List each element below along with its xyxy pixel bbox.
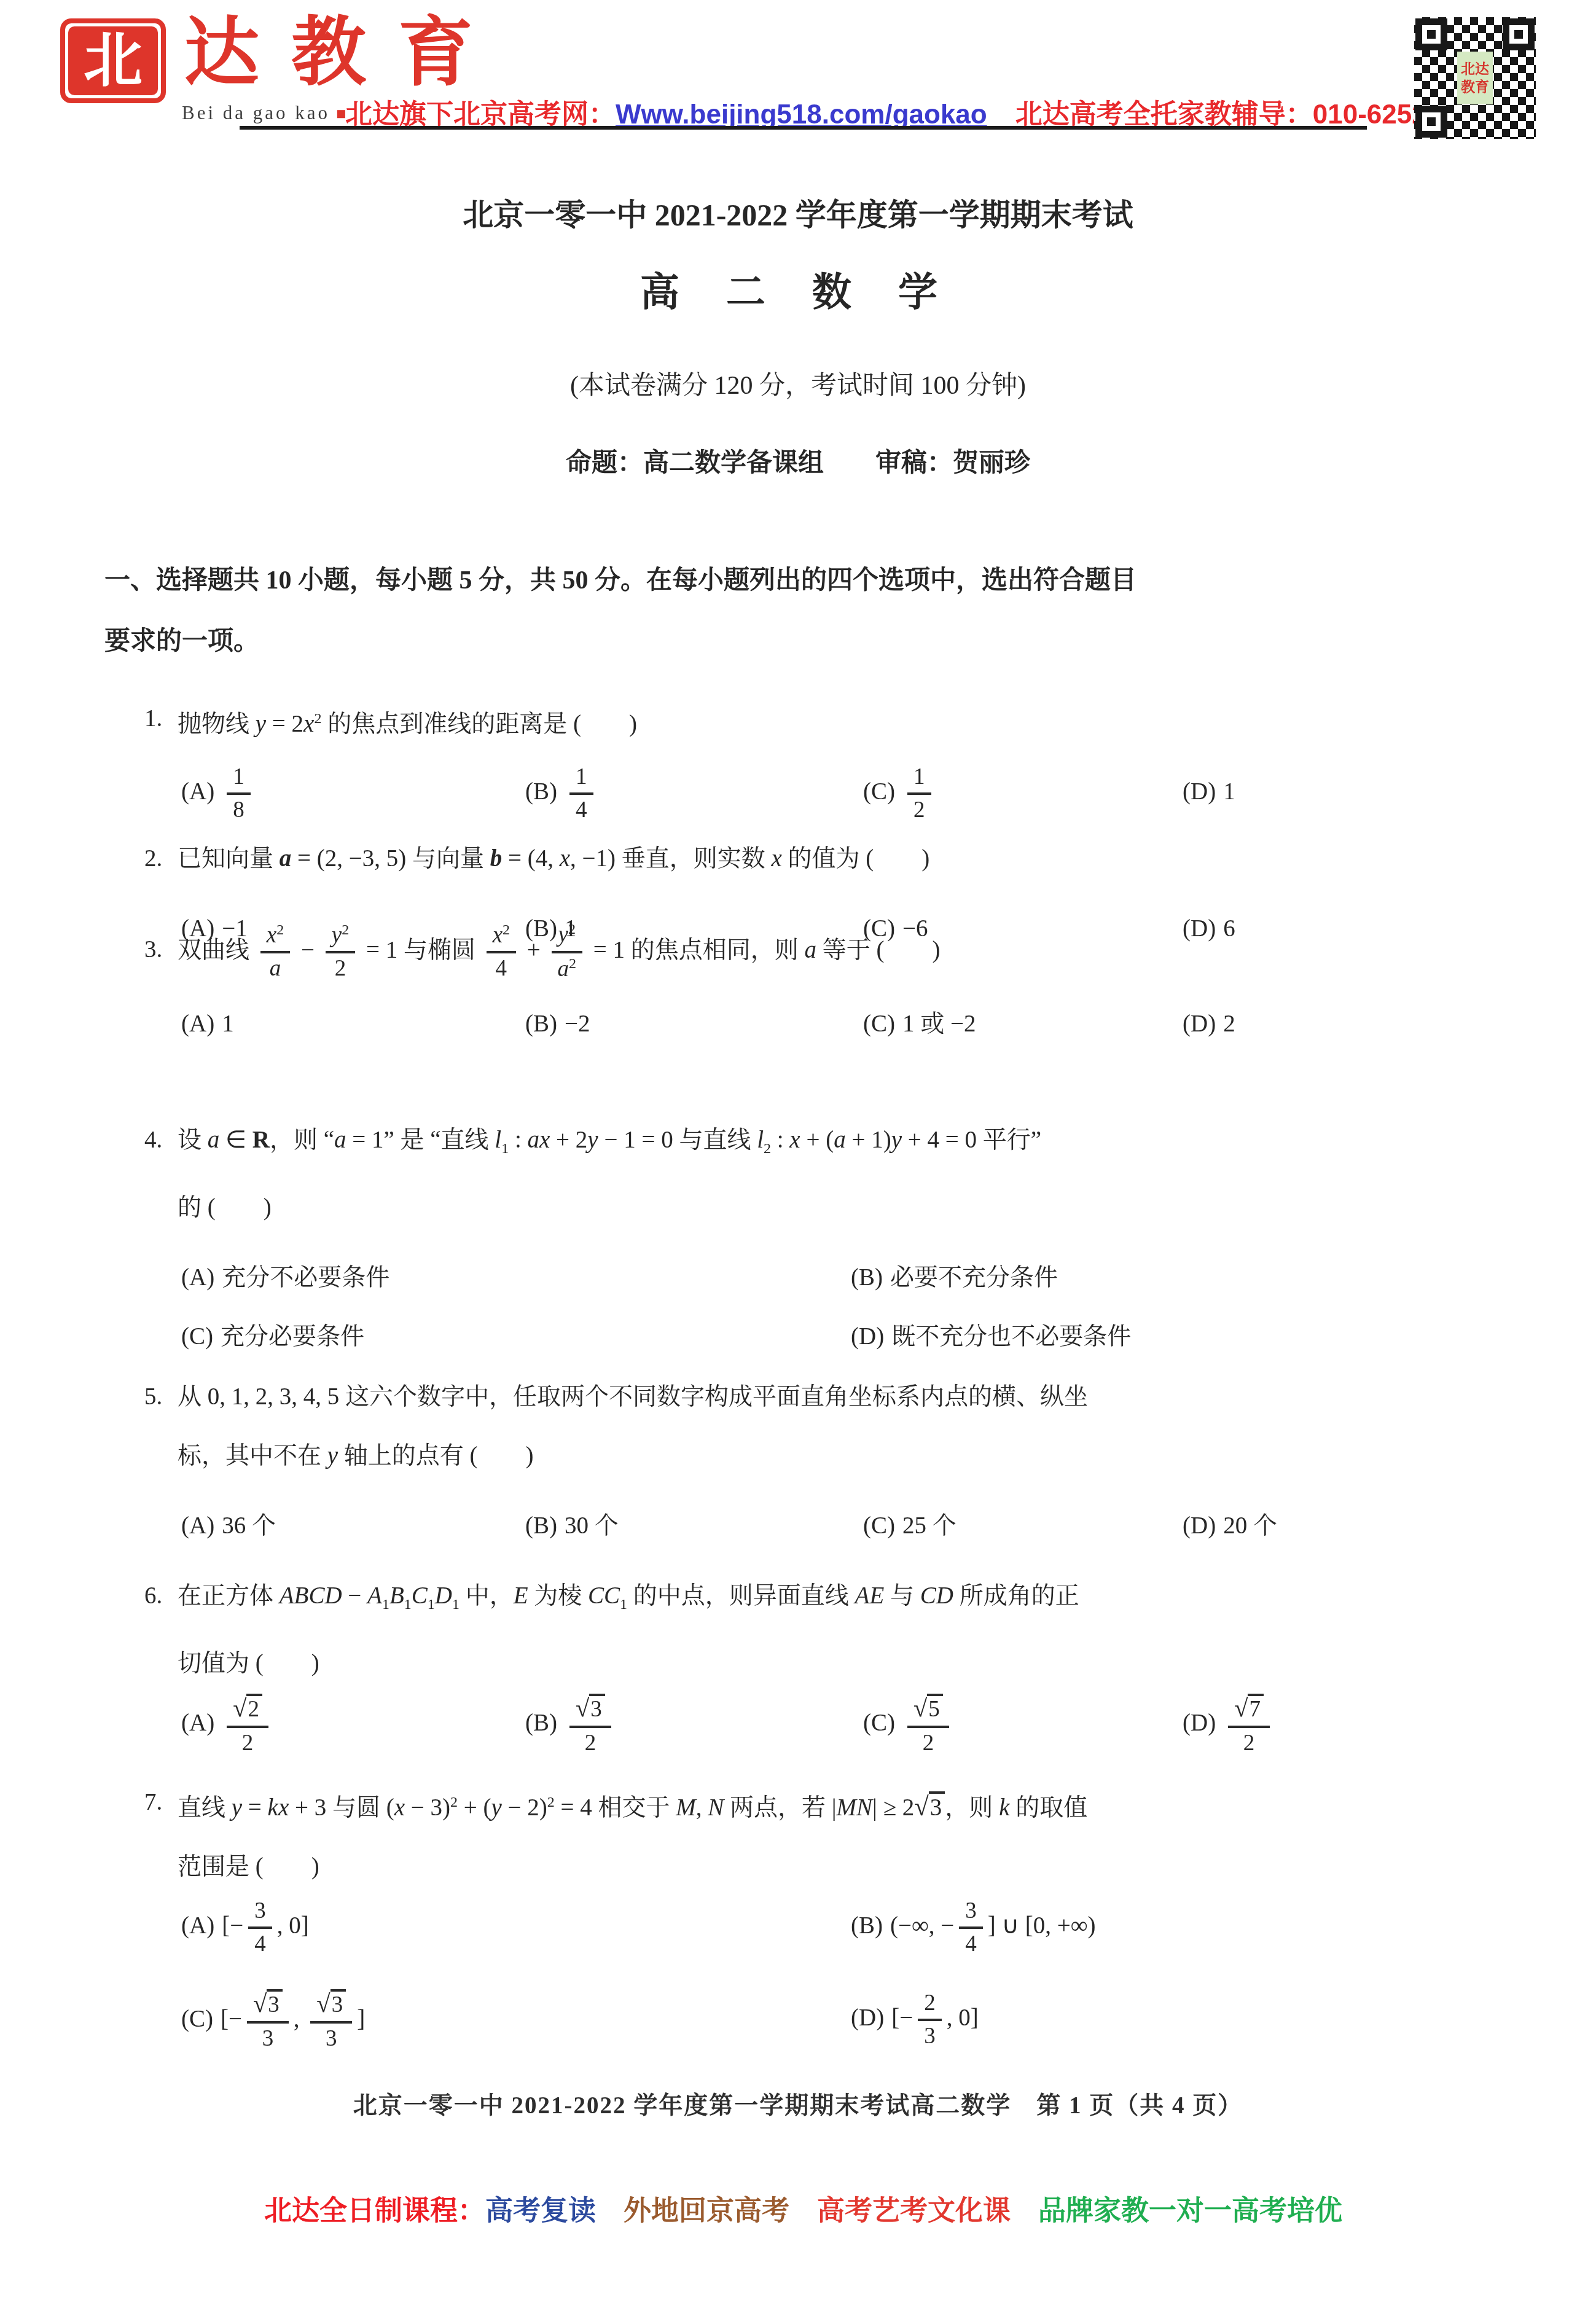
option-c: (C)25 个	[863, 1496, 956, 1555]
exam-page: 北 达教育 Bei da gao kao■ 北达旗下北京高考网：Www.beij…	[0, 0, 1596, 2300]
question-stem: 直线 y = kx + 3 与圆 (x − 3)2 + (y − 2)2 = 4…	[144, 1773, 1570, 1896]
qr-center-text-1: 北达	[1461, 60, 1489, 78]
option-d: (D)√72	[1183, 1693, 1275, 1758]
option-b: (B)必要不充分条件	[851, 1248, 1058, 1307]
option-a: (A)√22	[181, 1693, 273, 1758]
option-d: (D)1	[1183, 762, 1235, 821]
option-c: (C)12	[863, 762, 936, 824]
exam-info: (本试卷满分 120 分，考试时间 100 分钟)	[0, 365, 1596, 402]
question-1: 1. 抛物线 y = 2x2 的焦点到准线的距离是 ( ) (A)18 (B)1…	[144, 689, 1570, 826]
site-link[interactable]: Www.beijing518.com/gaokao	[616, 100, 987, 130]
options-row-2: (C)[−√33, √33] (D)[−23, 0]	[144, 1989, 1570, 2081]
options-row-2: (C)充分必要条件 (D)既不充分也不必要条件	[144, 1307, 1570, 1366]
qr-finder-top-right	[1503, 18, 1535, 50]
header-divider	[240, 126, 1367, 130]
option-c: (C)[−√33, √33]	[181, 1989, 365, 2053]
question-number: 6.	[144, 1567, 162, 1625]
option-a: (A)[−34, 0]	[181, 1896, 309, 1958]
option-d: (D)既不充分也不必要条件	[851, 1307, 1131, 1366]
option-c: (C)1 或 −2	[863, 995, 976, 1054]
question-stem: 设 a ∈ R，则 “a = 1” 是 “直线 l1 : ax + 2y − 1…	[144, 1111, 1570, 1237]
question-3: 3. 双曲线 x2a − y22 = 1 与椭圆 x24 + y2a2 = 1 …	[144, 920, 1570, 1054]
qr-center-logo: 北达 教育	[1457, 52, 1493, 104]
option-c: (C)√52	[863, 1693, 954, 1758]
exam-authors: 命题：高二数学备课组 审稿：贺丽珍	[0, 442, 1596, 479]
section-heading: 一、选择题共 10 小题，每小题 5 分，共 50 分。在每小题列出的四个选项中…	[104, 550, 1136, 672]
logo-seal: 北	[60, 18, 166, 103]
options-row: (A)√22 (B)√32 (C)√52 (D)√72	[144, 1693, 1570, 1785]
question-stem: 在正方体 ABCD − A1B1C1D1 中，E 为棱 CC1 的中点，则异面直…	[144, 1567, 1570, 1693]
question-stem: 双曲线 x2a − y22 = 1 与椭圆 x24 + y2a2 = 1 的焦点…	[144, 920, 1570, 984]
question-stem: 抛物线 y = 2x2 的焦点到准线的距离是 ( )	[144, 689, 1570, 754]
option-d: (D)20 个	[1183, 1496, 1277, 1555]
options-row: (A)36 个 (B)30 个 (C)25 个 (D)20 个	[144, 1496, 1570, 1555]
question-7: 7. 直线 y = kx + 3 与圆 (x − 3)2 + (y − 2)2 …	[144, 1773, 1570, 2081]
page-footer: 北京一零一中 2021-2022 学年度第一学期期末考试高二数学 第 1 页（共…	[0, 2086, 1596, 2121]
question-5: 5. 从 0, 1, 2, 3, 4, 5 这六个数字中，任取两个不同数字构成平…	[144, 1367, 1570, 1555]
options-row-1: (A)[−34, 0] (B)(−∞, −34] ∪ [0, +∞)	[144, 1896, 1570, 1989]
question-number: 2.	[144, 829, 162, 888]
subject-title: 高 二 数 学	[0, 260, 1596, 317]
site-label: 北达旗下北京高考网：	[345, 100, 616, 130]
options-row-1: (A)充分不必要条件 (B)必要不充分条件	[144, 1248, 1570, 1307]
option-a: (A)充分不必要条件	[181, 1248, 389, 1307]
question-number: 7.	[144, 1773, 162, 1832]
question-stem: 已知向量 a = (2, −3, 5) 与向量 b = (4, x, −1) 垂…	[144, 829, 1570, 888]
footer-ad: 北达全日制课程：高考复读 外地回京高考 高考艺考文化课 品牌家教一对一高考培优	[264, 2188, 1342, 2228]
option-b: (B)√32	[525, 1693, 616, 1758]
logo-pinyin-text: Bei da gao kao	[182, 102, 330, 123]
question-stem: 从 0, 1, 2, 3, 4, 5 这六个数字中，任取两个不同数字构成平面直角…	[144, 1367, 1570, 1485]
option-a: (A)18	[181, 762, 256, 824]
qr-finder-bottom-left	[1415, 106, 1447, 138]
logo-brand-text: 达教育	[184, 9, 505, 98]
options-row: (A)1 (B)−2 (C)1 或 −2 (D)2	[144, 995, 1570, 1054]
option-a: (A)36 个	[181, 1496, 276, 1555]
ad-segment-1: 北达全日制课程：	[264, 2195, 485, 2226]
logo-seal-character: 北	[68, 26, 158, 95]
option-b: (B)(−∞, −34] ∪ [0, +∞)	[851, 1896, 1096, 1958]
ad-segment-3: 外地回京高考	[624, 2195, 817, 2226]
question-number: 1.	[144, 689, 162, 748]
option-b: (B)14	[525, 762, 598, 824]
option-d: (D)[−23, 0]	[851, 1989, 979, 2051]
option-b: (B)30 个	[525, 1496, 619, 1555]
option-c: (C)充分必要条件	[181, 1307, 364, 1366]
question-number: 3.	[144, 920, 162, 979]
ad-segment-4: 高考艺考文化课	[817, 2195, 1038, 2226]
qr-center-text-2: 教育	[1461, 78, 1489, 96]
qr-code: 北达 教育	[1414, 17, 1536, 139]
option-b: (B)−2	[525, 995, 590, 1054]
question-4: 4. 设 a ∈ R，则 “a = 1” 是 “直线 l1 : ax + 2y …	[144, 1111, 1570, 1366]
ad-segment-2: 高考复读	[485, 2195, 624, 2226]
question-6: 6. 在正方体 ABCD − A1B1C1D1 中，E 为棱 CC1 的中点，则…	[144, 1567, 1570, 1785]
options-row: (A)18 (B)14 (C)12 (D)1	[144, 762, 1570, 826]
qr-finder-top-left	[1415, 18, 1447, 50]
question-number: 4.	[144, 1111, 162, 1170]
logo-pinyin: Bei da gao kao■	[182, 102, 348, 124]
ad-segment-5: 品牌家教一对一高考培优	[1038, 2195, 1342, 2226]
question-number: 5.	[144, 1367, 162, 1426]
option-d: (D)2	[1183, 995, 1235, 1054]
option-a: (A)1	[181, 995, 234, 1054]
exam-title: 北京一零一中 2021-2022 学年度第一学期期末考试	[0, 190, 1596, 235]
